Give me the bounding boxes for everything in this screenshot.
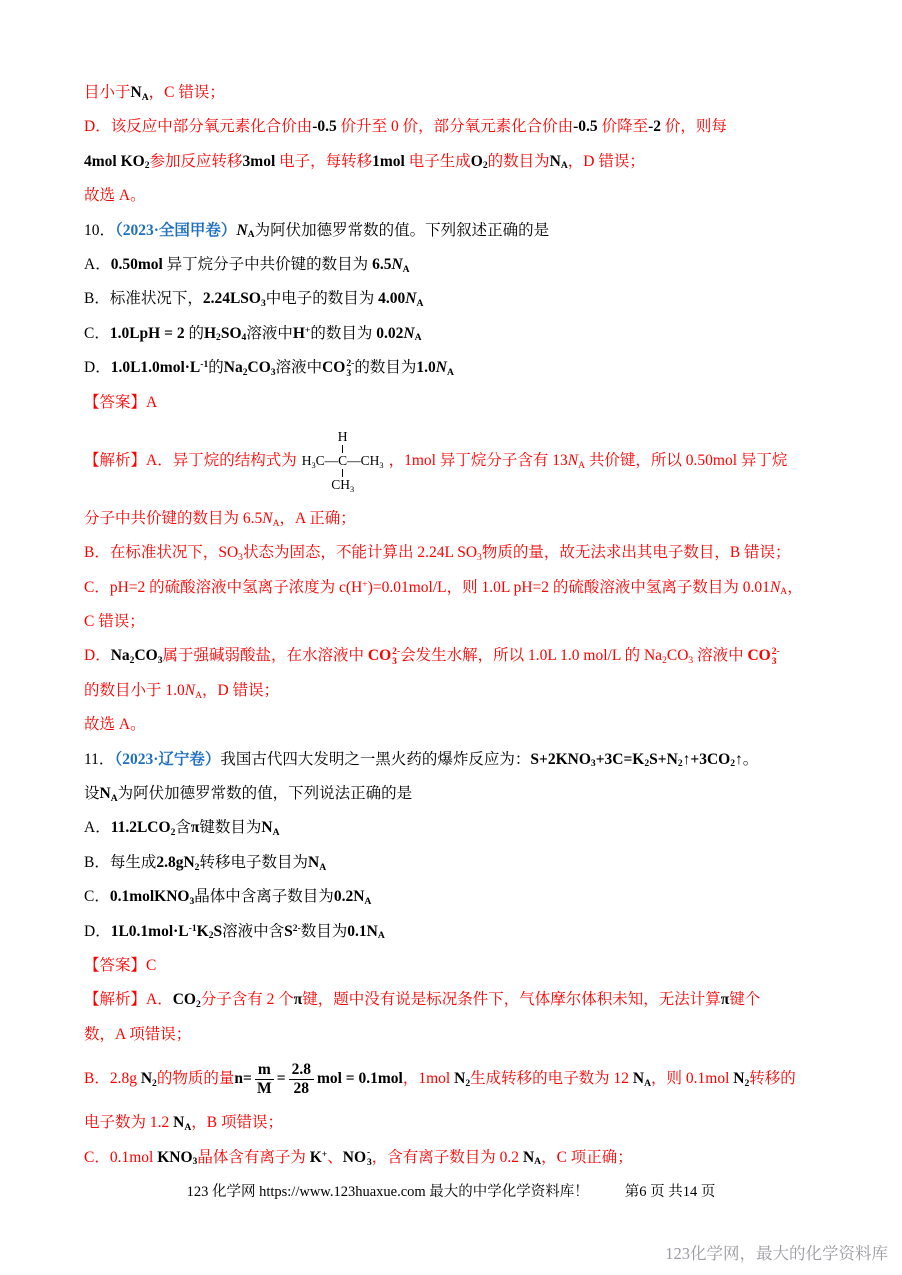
text-run: C: [146, 957, 156, 974]
text-run: 的数目为: [488, 153, 550, 170]
text-run: A．: [84, 256, 111, 273]
text-run: ↑: [735, 751, 743, 768]
text-run: NA: [262, 510, 279, 527]
text-run: SO4: [221, 325, 246, 342]
q10-expl-d-cont: 的数目小于 1.0NA，D 错误；: [84, 674, 864, 708]
text-run: H2: [204, 325, 221, 342]
text-run: 设: [84, 785, 100, 802]
text-run: 1.0: [416, 359, 435, 376]
q10-option-d: D．1.0L1.0mol·L-1的Na2CO3溶液中CO2-3的数目为1.0NA: [84, 351, 864, 385]
text-run: N2: [454, 1070, 470, 1087]
text-run: 为阿伏加德罗常数的值。下列叙述正确的是: [255, 222, 550, 239]
text-run: 28: [294, 1080, 310, 1097]
text-run: 转移电子数目为: [199, 854, 308, 871]
text-run: NA: [236, 222, 254, 239]
isobutane-structure: HH3C—C—CH3CH3: [302, 430, 384, 493]
text-run: m: [258, 1061, 271, 1078]
text-run: 2.24LSO3: [203, 290, 266, 307]
text-run: （2023·辽宁卷）: [114, 751, 220, 768]
text-run: CO: [747, 647, 770, 664]
text-run: NA: [405, 290, 423, 307]
q11-expl-b: B．2.8g N2的物质的量n=mM=2.828mol = 0.1mol，1mo…: [84, 1052, 864, 1106]
page-number: 第6 页 共14 页: [625, 1184, 716, 1200]
q10-expl-a: 【解析】A．异丁烷的结构式为HH3C—C—CH3CH3，1mol 异丁烷分子含有…: [84, 420, 864, 502]
text-run: 0.02: [376, 325, 403, 342]
text-run: NO: [343, 1149, 366, 1166]
q10-option-c: C．1.0LpH = 2 的H2SO4溶液中H+的数目为 0.02NA: [84, 317, 864, 351]
text-run: NA: [523, 1149, 541, 1166]
text-run: )=0.01mol/L，则 1.0L pH=2 的硫酸溶液中氢离子数目为 0.0…: [368, 579, 770, 596]
text-run: A: [146, 394, 157, 411]
text-run: KNO3: [157, 1149, 197, 1166]
text-run: 的: [185, 325, 204, 342]
text-run: A．: [84, 819, 111, 836]
text-run: 的物质的量: [157, 1070, 235, 1087]
q11-expl-c: C．0.1mol KNO3晶体含有离子为 K+、NO-3，含有离子数目为 0.2…: [84, 1141, 864, 1175]
q10-expl-c: C．pH=2 的硫酸溶液中氢离子浓度为 c(H+)=0.01mol/L，则 1.…: [84, 571, 864, 605]
text-run: 生成转移的电子数为 12: [470, 1070, 633, 1087]
text-run: 晶体中含离子数目为: [194, 888, 334, 905]
text-run: K+: [310, 1149, 328, 1166]
text-run: 数目为: [301, 923, 348, 940]
text-run: CO2: [173, 991, 201, 1008]
text-run: NA: [550, 153, 568, 170]
text-run: 我国古代四大发明之一黑火药的爆炸反应为：: [220, 751, 530, 768]
q11-answer: 【答案】C: [84, 949, 864, 983]
text-run: CO3: [248, 359, 276, 376]
text-run: Na2: [111, 647, 135, 664]
q10-stem: 10．（2023·全国甲卷）NA为阿伏加德罗常数的值。下列叙述正确的是: [84, 214, 864, 248]
text-run: 键数目为: [199, 819, 261, 836]
q11-expl-a-cont: 数，A 项错误；: [84, 1018, 864, 1052]
text-run: mol = 0.1mol: [317, 1070, 403, 1087]
text-run: 共价键，所以 0.50mol 异丁烷: [585, 452, 787, 469]
watermark-text: 123化学网，最大的化学资料库: [665, 1240, 888, 1264]
q11-option-a: A．11.2LCO2含π键数目为NA: [84, 811, 864, 845]
text-run: ，则 0.1mol: [651, 1070, 733, 1087]
text-run: H3: [302, 453, 316, 468]
text-run: 价升至 0 价，部分氧元素化合价由: [337, 118, 573, 135]
text-run: D．: [84, 923, 111, 940]
text-run: NA: [436, 359, 454, 376]
text-run: 1L0.1mol·L-1: [111, 923, 197, 940]
text-run: C．0.1mol: [84, 1149, 157, 1166]
text-run: 状态为固态，不能计算出 2.24L SO3: [243, 544, 482, 561]
text-run: Na2: [224, 359, 248, 376]
text-run: 、: [327, 1149, 343, 1166]
text-run: C．: [84, 325, 110, 342]
text-run: C．: [84, 888, 110, 905]
text-run: D．该反应中部分氧元素化合价由: [84, 118, 312, 135]
fraction: 2.828: [289, 1061, 314, 1098]
text-run: 分子含有 2 个: [201, 991, 294, 1008]
text-run: -0.5: [312, 118, 337, 135]
text-run: NA: [131, 84, 149, 101]
text-run: B．每生成: [84, 854, 156, 871]
q10-expl-d: D．Na2CO3属于强碱弱酸盐，在水溶液中 CO2-3会发生水解，所以 1.0L…: [84, 639, 864, 673]
text-run: 电子数为 1.2: [84, 1114, 173, 1131]
text-run: 6.5: [372, 256, 391, 273]
text-run: 参加反应转移: [150, 153, 243, 170]
text-run: S: [214, 923, 223, 940]
text-run: 【答案】: [84, 394, 146, 411]
q9-conclusion: 故选 A。: [84, 179, 864, 213]
text-run: 为阿伏加德罗常数的值，下列说法正确的是: [118, 785, 413, 802]
text-run: -0.5: [573, 118, 598, 135]
text-run: π: [294, 991, 303, 1008]
q9-expl-c-cont: 目小于NA，C 错误；: [84, 76, 864, 110]
text-run: 物质的量，故无法求出其电子数目，B 错误；: [482, 544, 791, 561]
text-run: ↑+3CO2: [683, 751, 735, 768]
text-run: H: [338, 429, 348, 444]
text-run: 0.50mol: [111, 256, 163, 273]
text-run: CO: [368, 647, 391, 664]
text-run: K2: [197, 923, 214, 940]
q10-expl-a-cont: 分子中共价键的数目为 6.5NA，A 正确；: [84, 502, 864, 536]
text-run: B．在标准状况下，SO3: [84, 544, 243, 561]
text-run: C．pH=2 的硫酸溶液中氢离子浓度为 c(H+: [84, 579, 368, 596]
q10-expl-b: B．在标准状况下，SO3状态为固态，不能计算出 2.24L SO3物质的量，故无…: [84, 536, 864, 570]
text-run: 溶液中: [276, 359, 323, 376]
text-run: -2: [648, 118, 661, 135]
text-run: 0.1NA: [347, 923, 385, 940]
text-run: 3mol: [243, 153, 276, 170]
text-run: 转移的: [749, 1070, 796, 1087]
text-run: 的: [208, 359, 224, 376]
text-run: S+2KNO3: [530, 751, 595, 768]
text-run: D．: [84, 359, 111, 376]
text-run: 故选 A。: [84, 187, 146, 204]
text-run: 【答案】: [84, 957, 146, 974]
text-run: NA: [568, 452, 585, 469]
text-run: ，含有离子数目为 0.2: [372, 1149, 523, 1166]
text-run: 10．: [84, 222, 115, 239]
q11-option-c: C．0.1molKNO3晶体中含离子数目为0.2NA: [84, 880, 864, 914]
stacked-charge: 2-3: [392, 647, 400, 667]
q11-stem-cont: 设NA为阿伏加德罗常数的值，下列说法正确的是: [84, 777, 864, 811]
text-run: ，A 正确；: [280, 510, 356, 527]
text-run: ，: [403, 1070, 419, 1087]
q10-option-b: B．标准状况下，2.24LSO3中电子的数目为 4.00NA: [84, 282, 864, 316]
text-run: 0.1molKNO3: [110, 888, 194, 905]
text-run: 含: [175, 819, 191, 836]
text-run: D．: [84, 647, 111, 664]
text-run: A．异丁烷的结构式为: [146, 452, 297, 469]
text-run: 11.2LCO2: [111, 819, 176, 836]
stacked-charge: 2-3: [772, 647, 780, 667]
text-run: O2: [471, 153, 488, 170]
text-run: 11．: [84, 751, 114, 768]
q9-expl-d-cont: 4mol KO2参加反应转移3mol 电子，每转移1mol 电子生成O2的数目为…: [84, 145, 864, 179]
text-run: NA: [633, 1070, 651, 1087]
text-run: ，D 错误；: [202, 682, 279, 699]
q11-expl-b-cont: 电子数为 1.2 NA，B 项错误；: [84, 1106, 864, 1140]
text-run: 1mol: [372, 153, 405, 170]
text-run: 【解析】: [84, 452, 146, 469]
q10-expl-c-cont: C 错误；: [84, 605, 864, 639]
q10-conclusion: 故选 A。: [84, 708, 864, 742]
text-run: 异丁烷分子中共价键的数目为: [163, 256, 372, 273]
text-run: 溶液中含: [222, 923, 284, 940]
text-run: B．2.8g: [84, 1070, 141, 1087]
text-run: 【解析】: [84, 991, 146, 1008]
text-run: N2: [733, 1070, 749, 1087]
text-run: NA: [173, 1114, 191, 1131]
text-run: 数，A 项错误；: [84, 1026, 191, 1043]
text-run: 1mol 异丁烷分子含有 13: [404, 452, 568, 469]
text-run: N2: [141, 1070, 157, 1087]
text-run: ，: [787, 579, 803, 596]
text-run: CO3: [134, 647, 162, 664]
text-run: 1mol: [418, 1070, 454, 1087]
text-run: NA: [100, 785, 118, 802]
q9-expl-d: D．该反应中部分氧元素化合价由-0.5 价升至 0 价，部分氧元素化合价由-0.…: [84, 110, 864, 144]
text-run: 1.0LpH = 2: [110, 325, 185, 342]
q11-option-b: B．每生成2.8gN2转移电子数目为NA: [84, 846, 864, 880]
text-run: 的数目为: [310, 325, 376, 342]
text-run: NA: [261, 819, 279, 836]
text-run: 价，则每: [661, 118, 727, 135]
text-run: C—C—CH3: [316, 453, 384, 468]
text-run: 中电子的数目为: [266, 290, 378, 307]
text-run: 晶体含有离子为: [197, 1149, 309, 1166]
text-run: 1.0L1.0mol·L-1: [111, 359, 209, 376]
text-run: Na2: [644, 647, 667, 664]
document-lines: 目小于NA，C 错误；D．该反应中部分氧元素化合价由-0.5 价升至 0 价，部…: [84, 76, 864, 1175]
text-run: A．: [146, 991, 173, 1008]
text-run: 溶液中: [246, 325, 293, 342]
text-run: H+: [293, 325, 311, 342]
q10-answer: 【答案】A: [84, 386, 864, 420]
text-run: NA: [185, 682, 202, 699]
q11-option-d: D．1L0.1mol·L-1K2S溶液中含S2-数目为0.1NA: [84, 915, 864, 949]
text-run: 电子生成: [405, 153, 471, 170]
q11-stem: 11．（2023·辽宁卷）我国古代四大发明之一黑火药的爆炸反应为：S+2KNO3…: [84, 743, 864, 777]
text-run: ，D 错误；: [568, 153, 645, 170]
text-run: 溶液中: [693, 647, 747, 664]
text-run: 分子中共价键的数目为 6.5: [84, 510, 262, 527]
text-run: CH3: [331, 477, 354, 492]
text-run: CO3: [667, 647, 693, 664]
site-info: 123 化学网 https://www.123huaxue.com 最大的中学化…: [187, 1184, 589, 1200]
text-run: NA: [403, 325, 421, 342]
text-run: n=: [234, 1070, 251, 1087]
text-run: 键个: [729, 991, 760, 1008]
text-run: （2023·全国甲卷）: [115, 222, 236, 239]
text-run: NA: [391, 256, 409, 273]
text-run: 故选 A。: [84, 716, 146, 733]
text-run: 键，题中没有说是标况条件下，气体摩尔体积未知，无法计算: [302, 991, 721, 1008]
text-run: NA: [770, 579, 787, 596]
text-run: ，: [389, 452, 405, 469]
text-run: 4.00: [378, 290, 405, 307]
text-run: 价降至: [598, 118, 648, 135]
text-run: ，B 项错误；: [191, 1114, 283, 1131]
text-run: M: [257, 1080, 272, 1097]
text-run: 的数目小于 1.0: [84, 682, 185, 699]
text-run: 属于强碱弱酸盐，在水溶液中: [163, 647, 368, 664]
text-run: 目小于: [84, 84, 131, 101]
text-run: 4mol KO2: [84, 153, 150, 170]
text-run: 2.8gN2: [156, 854, 199, 871]
text-run: ，C 项正确；: [541, 1149, 633, 1166]
text-run: S+N2: [649, 751, 682, 768]
text-run: 的数目为: [354, 359, 416, 376]
text-run: 2.8: [292, 1061, 311, 1078]
text-run: NA: [308, 854, 326, 871]
text-run: ，C 错误；: [149, 84, 225, 101]
text-run: B．标准状况下，: [84, 290, 203, 307]
text-run: +3C=K2: [596, 751, 649, 768]
fraction: mM: [255, 1061, 274, 1098]
text-run: 0.2NA: [334, 888, 372, 905]
q11-expl-a: 【解析】A．CO2分子含有 2 个π键，题中没有说是标况条件下，气体摩尔体积未知…: [84, 983, 864, 1017]
text-run: 会发生水解，所以 1.0L 1.0 mol/L 的: [400, 647, 644, 664]
text-run: C 错误；: [84, 613, 145, 630]
text-run: CO: [322, 359, 345, 376]
page-footer: 123 化学网 https://www.123huaxue.com 最大的中学化…: [0, 1180, 902, 1201]
text-run: 电子，每转移: [275, 153, 372, 170]
document-page: 目小于NA，C 错误；D．该反应中部分氧元素化合价由-0.5 价升至 0 价，部…: [0, 0, 902, 1275]
q10-option-a: A．0.50mol 异丁烷分子中共价键的数目为 6.5NA: [84, 248, 864, 282]
text-run: =: [277, 1070, 286, 1087]
text-run: S2-: [284, 923, 301, 940]
text-run: 。: [743, 751, 759, 768]
